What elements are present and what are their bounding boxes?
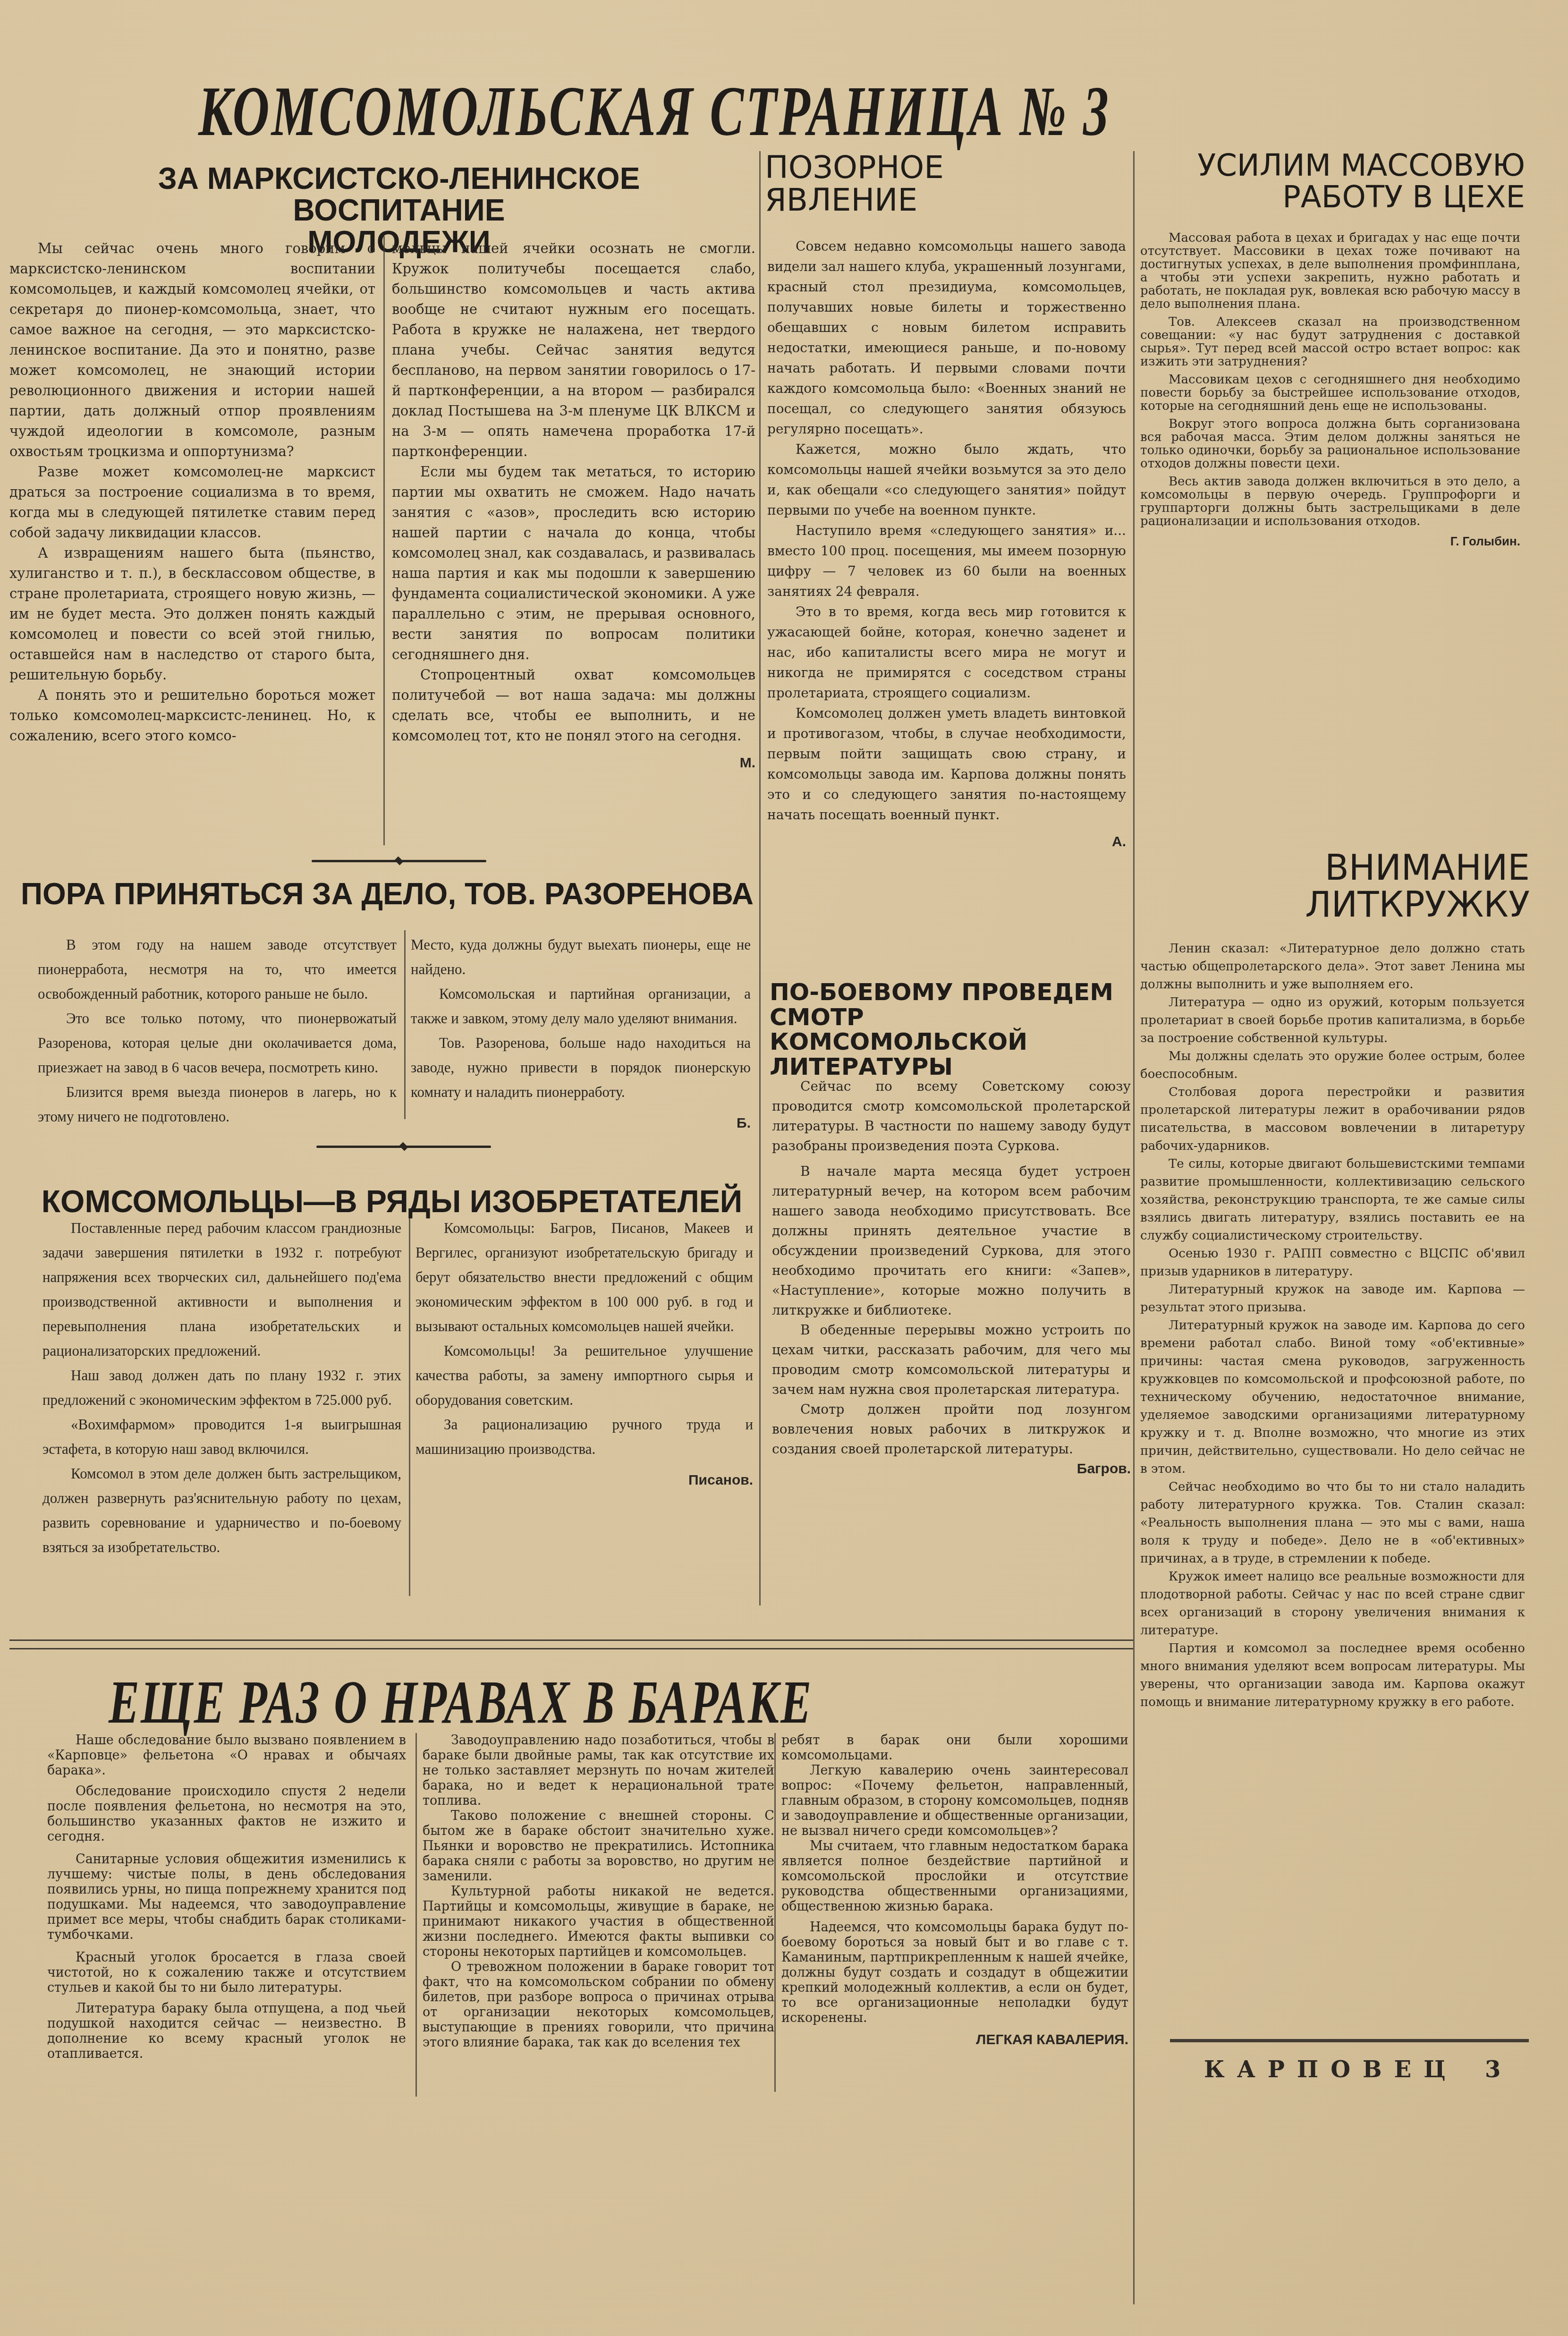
newspaper-page: КОМСОМОЛЬСКАЯ СТРАНИЦА № 3 ЗА МАРКСИСТСК… (0, 0, 1568, 2336)
headline-massovaya-line2: РАБОТУ В ЦЕХЕ (1138, 182, 1525, 213)
column-divider (759, 151, 761, 1605)
paragraph: Ленин сказал: «Литературное дело должно … (1140, 940, 1525, 994)
paragraph: А понять это и решительно бороться может… (9, 685, 375, 746)
headline-izobretateli: КОМСОМОЛЬЦЫ—В РЯДЫ ИЗОБРЕТАТЕЛЕЙ (28, 1185, 755, 1218)
paragraph: Мы считаем, что главным недостатком бара… (781, 1839, 1128, 1914)
paragraph: Вокруг этого вопроса должна быть соргани… (1140, 417, 1520, 470)
article-pozor-body: Совсем недавно комсомольцы нашего завода… (767, 236, 1126, 852)
article-litkruzhok-body: Ленин сказал: «Литературное дело должно … (1140, 940, 1525, 1711)
column-divider (409, 1218, 410, 1596)
headline-litkruzhok-line2: ЛИТКРУЖКУ (1199, 887, 1530, 924)
paragraph: Тов. Разоренова, больше надо находиться … (411, 1031, 751, 1104)
masthead-title: КОМСОМОЛЬСКАЯ СТРАНИЦА № 3 (198, 71, 1082, 152)
article-marx-col2: мольцы нашей ячейки осознать не смогли. … (392, 238, 755, 773)
paragraph: Комсомольцы! За решительное улучшение ка… (415, 1339, 753, 1412)
headline-smotr: ПО-БОЕВОМУ ПРОВЕДЕМ СМОТР КОМСОМОЛЬСКОЙ … (770, 980, 1128, 1079)
paragraph: Литература — одно из оружий, которым пол… (1140, 994, 1525, 1047)
paragraph: Партия и комсомол за последнее время осо… (1140, 1639, 1525, 1711)
paragraph: Комсомольцы: Багров, Писанов, Макеев и В… (415, 1216, 753, 1339)
headline-pozor: ПОЗОРНОЕ ЯВЛЕНИЕ (765, 151, 1124, 217)
article-izobretateli-col2: Комсомольцы: Багров, Писанов, Макеев и В… (415, 1216, 753, 1493)
paragraph: Литература бараку была отпущена, а под ч… (47, 2001, 406, 2062)
paragraph: В этом году на нашем заводе отсутствует … (38, 933, 397, 1006)
signature-marx: М. (392, 753, 755, 773)
signature-massovaya: Г. Голыбин. (1140, 535, 1520, 548)
horizontal-rule (9, 1639, 1133, 1641)
paragraph: Тов. Алексеев сказал на производственном… (1140, 315, 1520, 368)
paragraph: Кажется, можно было ждать, что комсомоль… (767, 439, 1126, 520)
paragraph: Стопроцентный охват комсомольцев политуч… (392, 665, 755, 746)
paragraph: ребят в барак они были хорошими комсомол… (781, 1733, 1128, 1763)
column-divider (1133, 151, 1135, 2304)
paragraph: Обследование происходило спустя 2 недели… (47, 1784, 406, 1844)
paragraph: Заводоуправлению надо позаботиться, чтоб… (423, 1733, 774, 1809)
headline-litkruzhok-line1: ВНИМАНИЕ (1199, 850, 1530, 887)
column-divider (383, 236, 385, 845)
paragraph: Наше обследование было вызвано появление… (47, 1733, 406, 1778)
paragraph: Массовикам цехов с сегодняшнего дня необ… (1140, 373, 1520, 413)
signature-smotr: Багров. (772, 1459, 1131, 1479)
ornament-divider (316, 1143, 491, 1150)
paragraph: Разве может комсомолец-не марксист драть… (9, 462, 375, 543)
paragraph: Это в то время, когда весь мир готовится… (767, 602, 1126, 703)
headline-pozor-line1: ПОЗОРНОЕ (765, 151, 1124, 184)
signature-razorenova: Б. (411, 1111, 751, 1136)
signature-pozor: А. (767, 832, 1126, 852)
headline-smotr-line1: ПО-БОЕВОМУ ПРОВЕДЕМ (770, 980, 1128, 1005)
paragraph: Надеемся, что комсомольцы барака будут п… (781, 1920, 1128, 2026)
paragraph: Весь актив завода должен включиться в эт… (1140, 475, 1520, 528)
paragraph: Близится время выезда пионеров в лагерь,… (38, 1080, 397, 1129)
signature-izobretateli: Писанов. (415, 1468, 753, 1493)
signature-barak: ЛЕГКАЯ КАВАЛЕРИЯ. (781, 2032, 1128, 2047)
paragraph: Комсомолец должен уметь владеть винтовко… (767, 703, 1126, 825)
paragraph: Те силы, которые двигают большевистскими… (1140, 1155, 1525, 1245)
paragraph: О тревожном положении в бараке говорит т… (423, 1960, 774, 2050)
paragraph: Смотр должен пройти под лозунгом вовлече… (772, 1400, 1131, 1459)
article-razorenova-col2: Место, куда должны будут выехать пионеры… (411, 933, 751, 1136)
paragraph: Комсомол в этом деле должен быть застрел… (42, 1461, 401, 1560)
paragraph: Легкую кавалерию очень заинтересовал воп… (781, 1763, 1128, 1839)
paragraph: Совсем недавно комсомольцы нашего завода… (767, 236, 1126, 439)
paragraph: Поставленные перед рабочим классом гранд… (42, 1216, 401, 1363)
paragraph: Столбовая дорога перестройки и развития … (1140, 1083, 1525, 1155)
article-razorenova-col1: В этом году на нашем заводе отсутствует … (38, 933, 397, 1129)
column-divider (415, 1733, 417, 2097)
paragraph: В обеденные перерывы можно устроить по ц… (772, 1320, 1131, 1400)
paragraph: «Вохимфармом» проводится 1-я выигрышная … (42, 1412, 401, 1461)
paragraph: Место, куда должны будут выехать пионеры… (411, 933, 751, 982)
paragraph: Массовая работа в цехах и бригадах у нас… (1140, 231, 1520, 311)
paragraph: Это все только потому, что пионервожатый… (38, 1006, 397, 1080)
article-barak-col1: Наше обследование было вызвано появление… (47, 1733, 406, 2062)
paragraph: Наступило время «следующего занятия» и..… (767, 520, 1126, 602)
paragraph: Мы должны сделать это оружие более остры… (1140, 1047, 1525, 1083)
horizontal-rule (9, 1648, 1133, 1649)
paragraph: Если мы будем так метаться, то историю п… (392, 462, 755, 665)
article-marx-col1: Мы сейчас очень много говорим о марксист… (9, 238, 375, 746)
article-barak-col3: ребят в барак они были хорошими комсомол… (781, 1733, 1128, 2047)
paragraph: Сейчас по всему Советскому союзу проводи… (772, 1077, 1131, 1156)
headline-marx-line1: ЗА МАРКСИСТСКО-ЛЕНИНСКОЕ ВОСПИТАНИЕ (57, 163, 741, 226)
footer-rule (1170, 2039, 1529, 2042)
column-divider (404, 930, 406, 1119)
headline-litkruzhok: ВНИМАНИЕ ЛИТКРУЖКУ (1199, 850, 1530, 923)
paragraph: мольцы нашей ячейки осознать не смогли. … (392, 238, 755, 462)
article-barak-col2: Заводоуправлению надо позаботиться, чтоб… (423, 1733, 774, 2050)
headline-pozor-line2: ЯВЛЕНИЕ (765, 184, 1124, 216)
paragraph: Красный уголок бросается в глаза своей ч… (47, 1950, 406, 1996)
paragraph: Мы сейчас очень много говорим о марксист… (9, 238, 375, 462)
paragraph: Осенью 1930 г. РАПП совместно с ВЦСПС об… (1140, 1245, 1525, 1281)
paragraph: Литературный кружок на заводе им. Карпов… (1140, 1317, 1525, 1478)
headline-smotr-line2: СМОТР КОМСОМОЛЬСКОЙ (770, 1005, 1128, 1054)
paragraph: В начале марта месяца будет устроен лите… (772, 1162, 1131, 1320)
paragraph: Сейчас необходимо во что бы то ни стало … (1140, 1478, 1525, 1568)
headline-razorenova: ПОРА ПРИНЯТЬСЯ ЗА ДЕЛО, ТОВ. РАЗОРЕНОВА (19, 878, 755, 910)
paragraph: Комсомольская и партийная организации, а… (411, 982, 751, 1031)
article-smotr-body: Сейчас по всему Советскому союзу проводи… (772, 1077, 1131, 1479)
paragraph: Литературный кружок на заводе им. Карпов… (1140, 1281, 1525, 1317)
article-izobretateli-col1: Поставленные перед рабочим классом гранд… (42, 1216, 401, 1560)
ornament-divider (312, 857, 486, 865)
headline-massovaya-line1: УСИЛИМ МАССОВУЮ (1138, 150, 1525, 182)
headline-smotr-line3: ЛИТЕРАТУРЫ (770, 1054, 1128, 1079)
paragraph: Кружок имеет налицо все реальные возможн… (1140, 1568, 1525, 1639)
footer-paper-name: КАРПОВЕЦ (1204, 2056, 1458, 2083)
headline-barak: ЕЩЕ РАЗ О НРАВАХ В БАРАКЕ (109, 1667, 888, 1738)
headline-massovaya: УСИЛИМ МАССОВУЮ РАБОТУ В ЦЕХЕ (1138, 150, 1525, 213)
column-divider (774, 1733, 776, 2092)
paragraph: Санитарные условия общежития изменились … (47, 1852, 406, 1943)
paragraph: За рационализацию ручного труда и машини… (415, 1412, 753, 1461)
article-massovaya-body: Массовая работа в цехах и бригадах у нас… (1140, 231, 1520, 548)
paragraph: Таково положение с внешней стороны. С бы… (423, 1809, 774, 1884)
footer-page-number: 3 (1485, 2056, 1500, 2083)
paragraph: Культурной работы никакой не ведется. Па… (423, 1884, 774, 1960)
paragraph: А извращениям нашего быта (пьянство, хул… (9, 543, 375, 685)
paragraph: Наш завод должен дать по плану 1932 г. э… (42, 1363, 401, 1412)
